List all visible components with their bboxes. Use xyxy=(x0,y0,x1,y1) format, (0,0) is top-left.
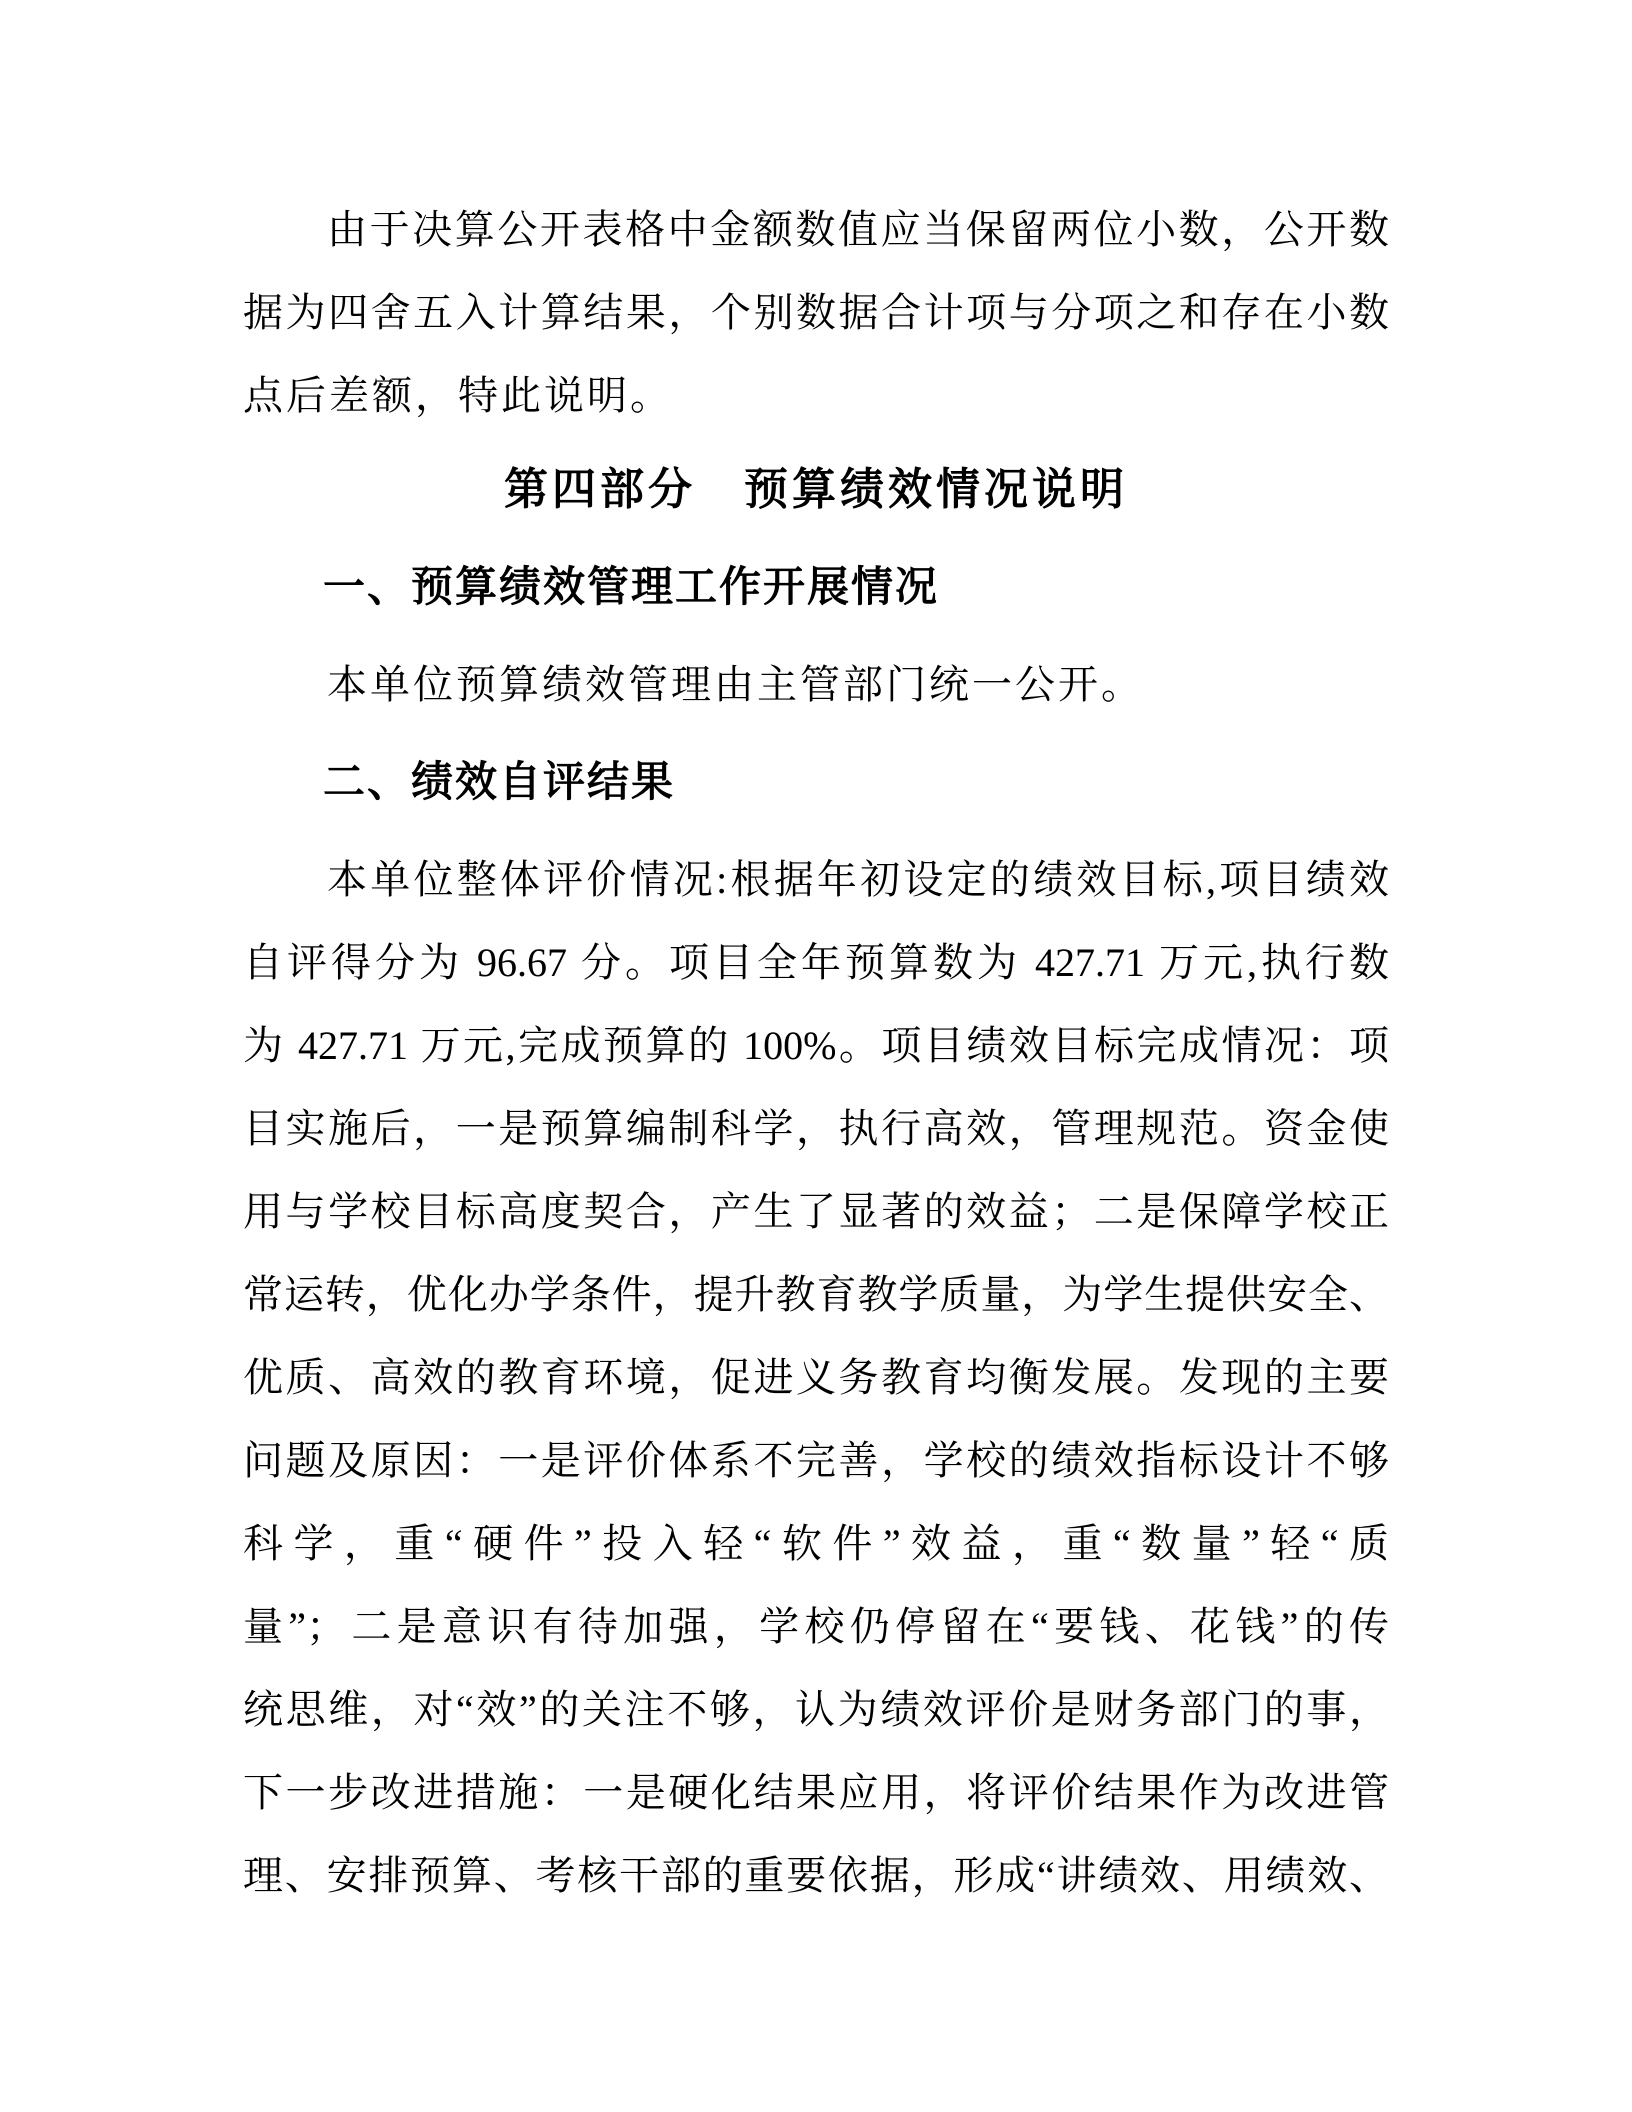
document-page: 由于决算公开表格中金额数值应当保留两位小数，公开数 据为四舍五入计算结果，个别数… xyxy=(0,0,1632,2112)
intro-paragraph-line-1: 由于决算公开表格中金额数值应当保留两位小数，公开数 xyxy=(243,188,1389,271)
intro-paragraph-line-2: 据为四舍五入计算结果，个别数据合计项与分项之和存在小数 xyxy=(243,271,1389,354)
section2-paragraph-line-1: 本单位整体评价情况:根据年初设定的绩效目标,项目绩效 xyxy=(243,838,1389,921)
section1-paragraph-line-1: 本单位预算绩效管理由主管部门统一公开。 xyxy=(243,643,1389,726)
section2-paragraph-line-12: 下一步改进措施：一是硬化结果应用，将评价结果作为改进管 xyxy=(243,1751,1389,1834)
section2-paragraph-line-5: 用与学校目标高度契合，产生了显著的效益；二是保障学校正 xyxy=(243,1170,1389,1253)
section2-paragraph-line-8: 问题及原因：一是评价体系不完善，学校的绩效指标设计不够 xyxy=(243,1419,1389,1502)
section2-heading: 二、绩效自评结果 xyxy=(243,740,1389,823)
part-heading: 第四部分 预算绩效情况说明 xyxy=(243,448,1389,531)
intro-paragraph-line-3: 点后差额，特此说明。 xyxy=(243,354,1389,437)
section2-paragraph-line-10: 量”；二是意识有待加强，学校仍停留在“要钱、花钱”的传 xyxy=(243,1585,1389,1668)
section2-paragraph-line-2: 自评得分为 96.67 分。项目全年预算数为 427.71 万元,执行数 xyxy=(243,921,1389,1004)
section2-paragraph-line-13: 理、安排预算、考核干部的重要依据，形成“讲绩效、用绩效、 xyxy=(243,1834,1389,1917)
section2-paragraph-line-11: 统思维，对“效”的关注不够，认为绩效评价是财务部门的事， xyxy=(243,1668,1389,1751)
section2-paragraph-line-6: 常运转，优化办学条件，提升教育教学质量，为学生提供安全、 xyxy=(243,1253,1389,1336)
section2-paragraph-line-9: 科学，重“硬件”投入轻“软件”效益，重“数量”轻“质 xyxy=(243,1502,1389,1585)
section1-heading: 一、预算绩效管理工作开展情况 xyxy=(243,545,1389,628)
document-body: 由于决算公开表格中金额数值应当保留两位小数，公开数 据为四舍五入计算结果，个别数… xyxy=(243,188,1389,1917)
section2-paragraph-line-4: 目实施后，一是预算编制科学，执行高效，管理规范。资金使 xyxy=(243,1087,1389,1170)
section2-paragraph-line-7: 优质、高效的教育环境，促进义务教育均衡发展。发现的主要 xyxy=(243,1336,1389,1419)
section2-paragraph-line-3: 为 427.71 万元,完成预算的 100%。项目绩效目标完成情况：项 xyxy=(243,1004,1389,1087)
